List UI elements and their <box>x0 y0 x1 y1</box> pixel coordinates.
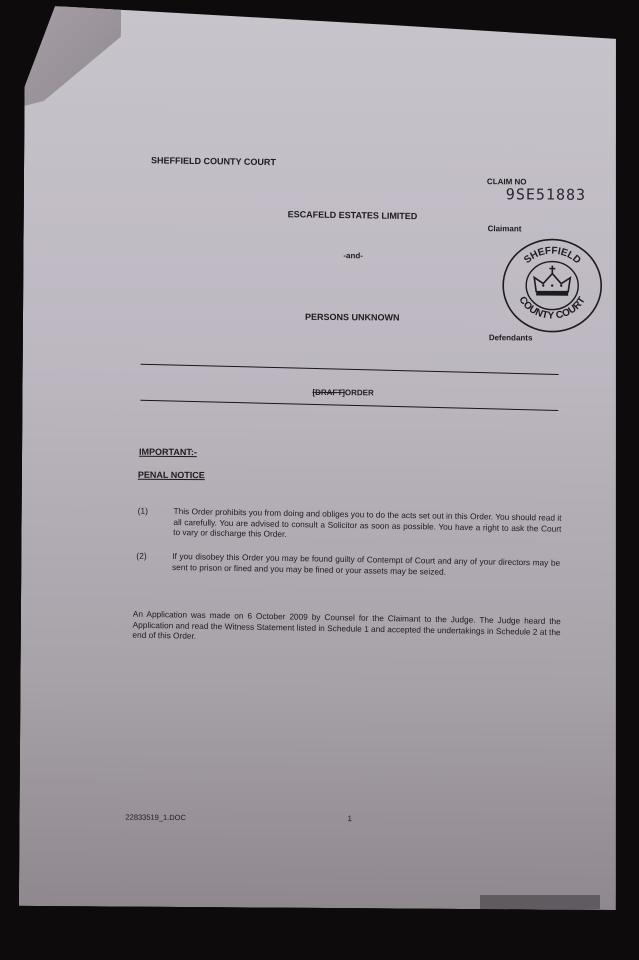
application-statement: An Application was made on 6 October 200… <box>132 609 560 648</box>
title-rule-top <box>141 364 559 375</box>
penal-notice-heading: PENAL NOTICE <box>138 470 205 480</box>
claimant-party-name: ESCAFELD ESTATES LIMITED <box>288 209 418 221</box>
important-heading: IMPORTANT:- <box>139 447 197 457</box>
svg-text:SHEFFIELD: SHEFFIELD <box>522 245 583 266</box>
footer-document-reference: 22833519_1.DOC <box>125 813 186 822</box>
page-number: 1 <box>347 814 352 823</box>
court-name: SHEFFIELD COUNTY COURT <box>151 155 276 167</box>
claimant-role-label: Claimant <box>488 224 522 233</box>
underlying-page-edge <box>480 895 600 909</box>
paragraph-text: If you disobey this Order you may be fou… <box>172 551 560 579</box>
defendant-role-label: Defendants <box>489 333 533 342</box>
draft-struck-text: [DRAFT] <box>312 388 344 397</box>
and-separator: -and- <box>343 251 363 260</box>
svg-text:COUNTY COURT: COUNTY COURT <box>516 295 588 322</box>
folded-page-corner <box>24 6 121 107</box>
crown-icon <box>534 265 570 295</box>
court-seal: SHEFFIELD COUNTY COURT <box>501 237 604 334</box>
defendant-party-name: PERSONS UNKNOWN <box>305 312 400 323</box>
order-title: [DRAFT]ORDER <box>312 388 373 397</box>
order-title-text: ORDER <box>345 388 374 397</box>
claim-number: 9SE51883 <box>506 185 586 204</box>
paragraph-text: This Order prohibits you from doing and … <box>173 506 561 544</box>
paragraph-number: (2) <box>136 551 146 561</box>
title-rule-bottom <box>140 400 558 411</box>
paragraph-number: (1) <box>138 506 148 516</box>
document-page: SHEFFIELD COUNTY COURT CLAIM NO 9SE51883… <box>19 6 625 910</box>
